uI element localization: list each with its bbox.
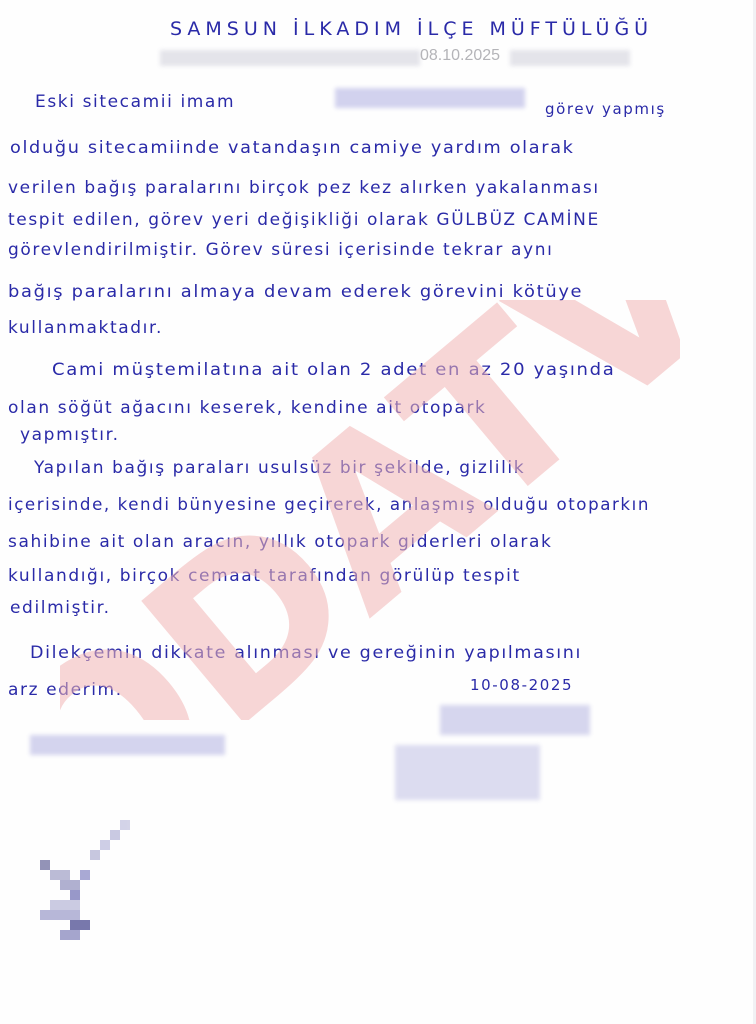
letter-line: Eski sitecamii imam (35, 92, 235, 112)
redacted-address-block (160, 50, 420, 66)
redacted-signer-name (440, 705, 590, 735)
letter-line: olduğu sitecamiinde vatandaşın camiye ya… (10, 138, 575, 158)
letter-title: SAMSUN İLKADIM İLÇE MÜFTÜLÜĞÜ (170, 18, 653, 40)
letter-line: verilen bağış paralarını birçok pez kez … (8, 178, 600, 198)
letter-line: görev yapmış (545, 100, 666, 118)
letter-line: Yapılan bağış paraları usulsüz bir şekil… (34, 458, 525, 478)
redacted-name (335, 88, 525, 108)
letter-line: arz ederim. (8, 680, 123, 700)
letter-line: tespit edilen, görev yeri değişikliği ol… (8, 210, 600, 230)
scanned-letter-page: SAMSUN İLKADIM İLÇE MÜFTÜLÜĞÜ 08.10.2025… (0, 0, 756, 1024)
letter-line: olan söğüt ağacını keserek, kendine ait … (8, 398, 487, 418)
redacted-stamp (20, 805, 140, 945)
redacted-phone (30, 735, 225, 755)
letter-line: görevlendirilmiştir. Görev süresi içeris… (8, 240, 553, 260)
redacted-address-block (510, 50, 630, 66)
letter-line: yapmıştır. (20, 425, 120, 445)
letter-line: sahibine ait olan aracın, yıllık otopark… (8, 532, 553, 552)
stamp-date: 08.10.2025 (420, 47, 500, 65)
letter-line: kullanmaktadır. (8, 318, 163, 338)
letter-line: bağış paralarını almaya devam ederek gör… (8, 282, 583, 302)
letter-line: içerisinde, kendi bünyesine geçirerek, a… (8, 495, 650, 515)
letter-line: Cami müştemilatına ait olan 2 adet en az… (52, 360, 616, 380)
letter-line: Dilekçemin dikkate alınması ve gereğinin… (30, 643, 582, 663)
letter-date: 10-08-2025 (470, 676, 573, 694)
letter-line: kullandığı, birçok cemaat tarafından gör… (8, 566, 521, 586)
redacted-signature (395, 745, 540, 800)
letter-line: edilmiştir. (10, 598, 111, 618)
